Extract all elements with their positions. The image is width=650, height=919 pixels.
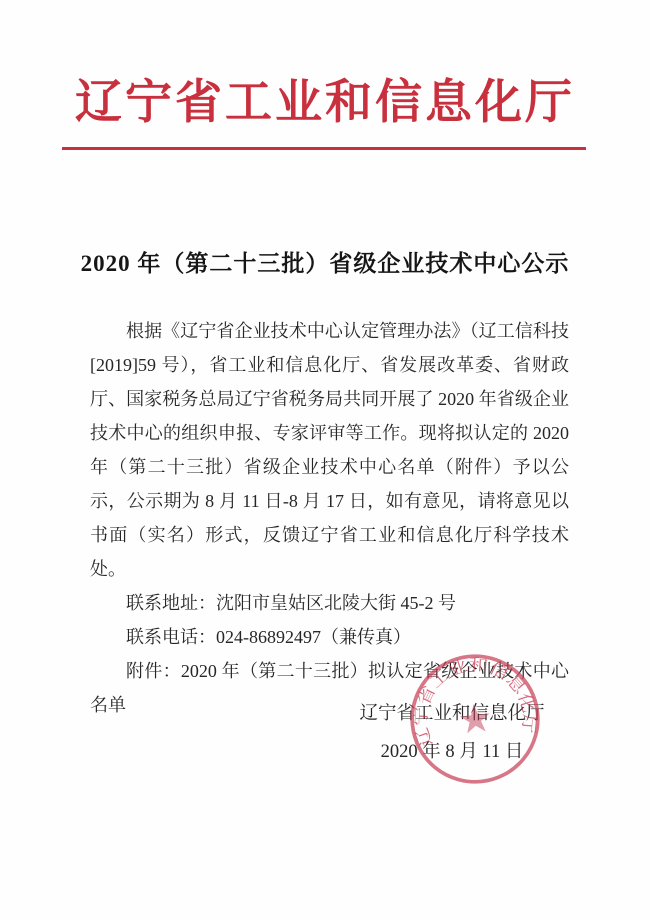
- main-paragraph: 根据《辽宁省企业技术中心认定管理办法》（辽工信科技[2019]59 号），省工业…: [90, 314, 569, 586]
- scanned-official-document: 辽宁省工业和信息化厅 2020 年（第二十三批）省级企业技术中心公示 根据《辽宁…: [0, 0, 650, 919]
- signature-date: 2020 年 8 月 11 日: [330, 733, 574, 771]
- document-body: 根据《辽宁省企业技术中心认定管理办法》（辽工信科技[2019]59 号），省工业…: [90, 314, 569, 722]
- letterhead-divider-line: [62, 147, 586, 150]
- letterhead-title: 辽宁省工业和信息化厅: [0, 72, 650, 134]
- contact-address-line: 联系地址：沈阳市皇姑区北陵大街 45-2 号: [90, 586, 569, 620]
- signature-block: 辽宁省工业和信息化厅 2020 年 8 月 11 日: [330, 695, 574, 771]
- document-title: 2020 年（第二十三批）省级企业技术中心公示: [0, 245, 650, 278]
- signature-issuer: 辽宁省工业和信息化厅: [330, 695, 574, 733]
- contact-phone-line: 联系电话：024-86892497（兼传真）: [90, 620, 569, 654]
